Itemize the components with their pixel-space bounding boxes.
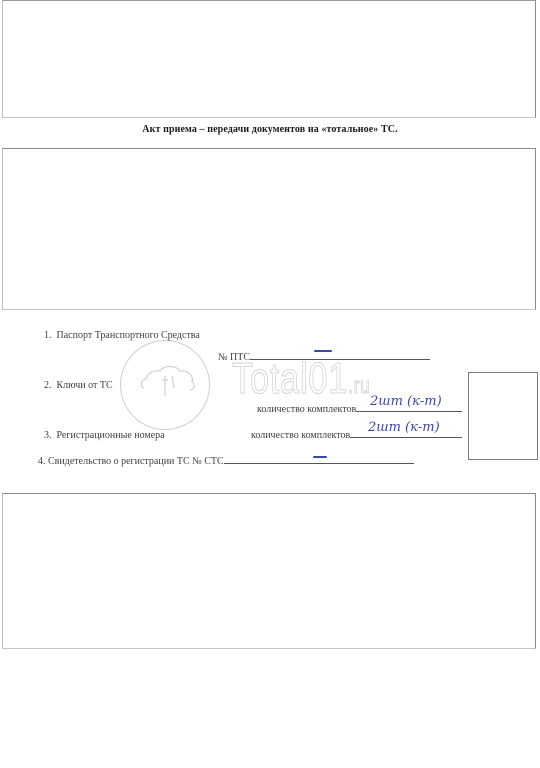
- item-2-label: 2. Ключи от ТС: [44, 380, 113, 391]
- document-title: Акт приема – передачи документов на «тот…: [0, 124, 540, 135]
- car-logo-icon: [138, 362, 198, 402]
- sts-number-dash: [313, 456, 327, 458]
- sts-number-field[interactable]: [224, 463, 414, 464]
- redacted-header-box: [2, 0, 536, 118]
- stamp-box: [468, 372, 538, 460]
- plates-count-handwritten: 2шт (к-т): [368, 420, 440, 435]
- redacted-parties-box: [2, 148, 536, 310]
- item-1-field: № ПТС: [218, 352, 430, 363]
- item-4-label: 4. Свидетельство о регистрации ТС № СТС: [38, 456, 414, 467]
- keys-count-handwritten: 2шт (к-т): [370, 394, 442, 409]
- pts-number-field[interactable]: [250, 359, 430, 360]
- keys-count-field[interactable]: [356, 411, 462, 412]
- plates-count-field[interactable]: [350, 437, 462, 438]
- redacted-signatures-box: [2, 493, 536, 649]
- pts-number-dash: [314, 350, 332, 352]
- item-3-label: 3. Регистрационные номера: [44, 430, 165, 441]
- item-1-label: 1. Паспорт Транспортного Средства: [44, 330, 200, 341]
